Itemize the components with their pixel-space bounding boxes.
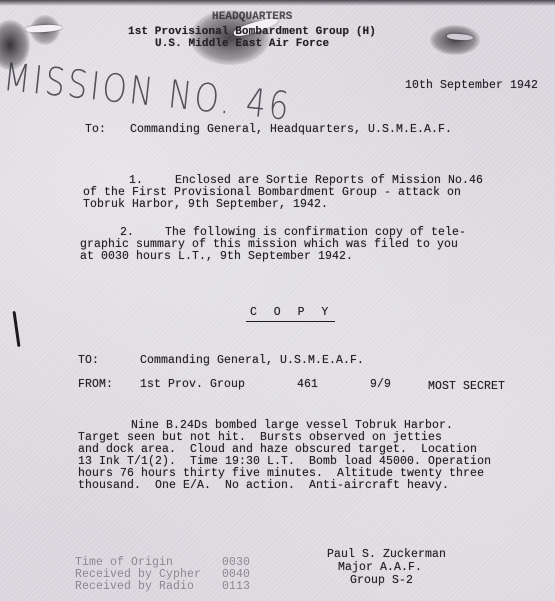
telegram-to-value: Commanding General, U.S.M.E.A.F.	[140, 355, 364, 367]
telegram-from-value: 1st Prov. Group	[140, 379, 245, 391]
signature-name: Paul S. Zuckerman	[327, 549, 446, 561]
telegram-number: 461	[297, 379, 318, 391]
handwritten-mission-number: MISSION NO. 46	[1, 55, 293, 130]
to-value: Commanding General, Headquarters, U.S.M.…	[130, 124, 452, 136]
routing-radio-value: 0113	[222, 581, 250, 593]
copy-heading: C O P Y	[246, 307, 335, 322]
to-label: To:	[85, 124, 106, 136]
paragraph-2-line-3: at 0030 hours L.T., 9th September 1942.	[80, 251, 353, 263]
telegram-classification: MOST SECRET	[428, 381, 505, 393]
document-page: HEADQUARTERS 1st Provisional Bombardment…	[0, 0, 555, 601]
telegram-date: 9/9	[370, 379, 391, 391]
routing-radio-label: Received by Radio	[75, 581, 194, 593]
top-edge-shadow	[0, 0, 555, 6]
paragraph-1-line-3: Tobruk Harbor, 9th September, 1942.	[83, 199, 328, 211]
telegram-body-line-6: thousand. One E/A. No action. Anti-aircr…	[78, 480, 449, 492]
signature-rank: Major A.A.F.	[338, 562, 422, 574]
smudge-header-right	[430, 25, 480, 55]
letterhead-line-2: 1st Provisional Bombardment Group (H)	[128, 26, 376, 38]
margin-pen-mark	[13, 311, 21, 347]
signature-position: Group S-2	[350, 575, 413, 587]
letterhead-line-1: HEADQUARTERS	[212, 11, 292, 23]
telegram-to-label: TO:	[78, 355, 99, 367]
document-date: 10th September 1942	[405, 80, 538, 92]
telegram-from-label: FROM:	[78, 379, 113, 391]
letterhead-line-3: U.S. Middle East Air Force	[155, 38, 329, 50]
